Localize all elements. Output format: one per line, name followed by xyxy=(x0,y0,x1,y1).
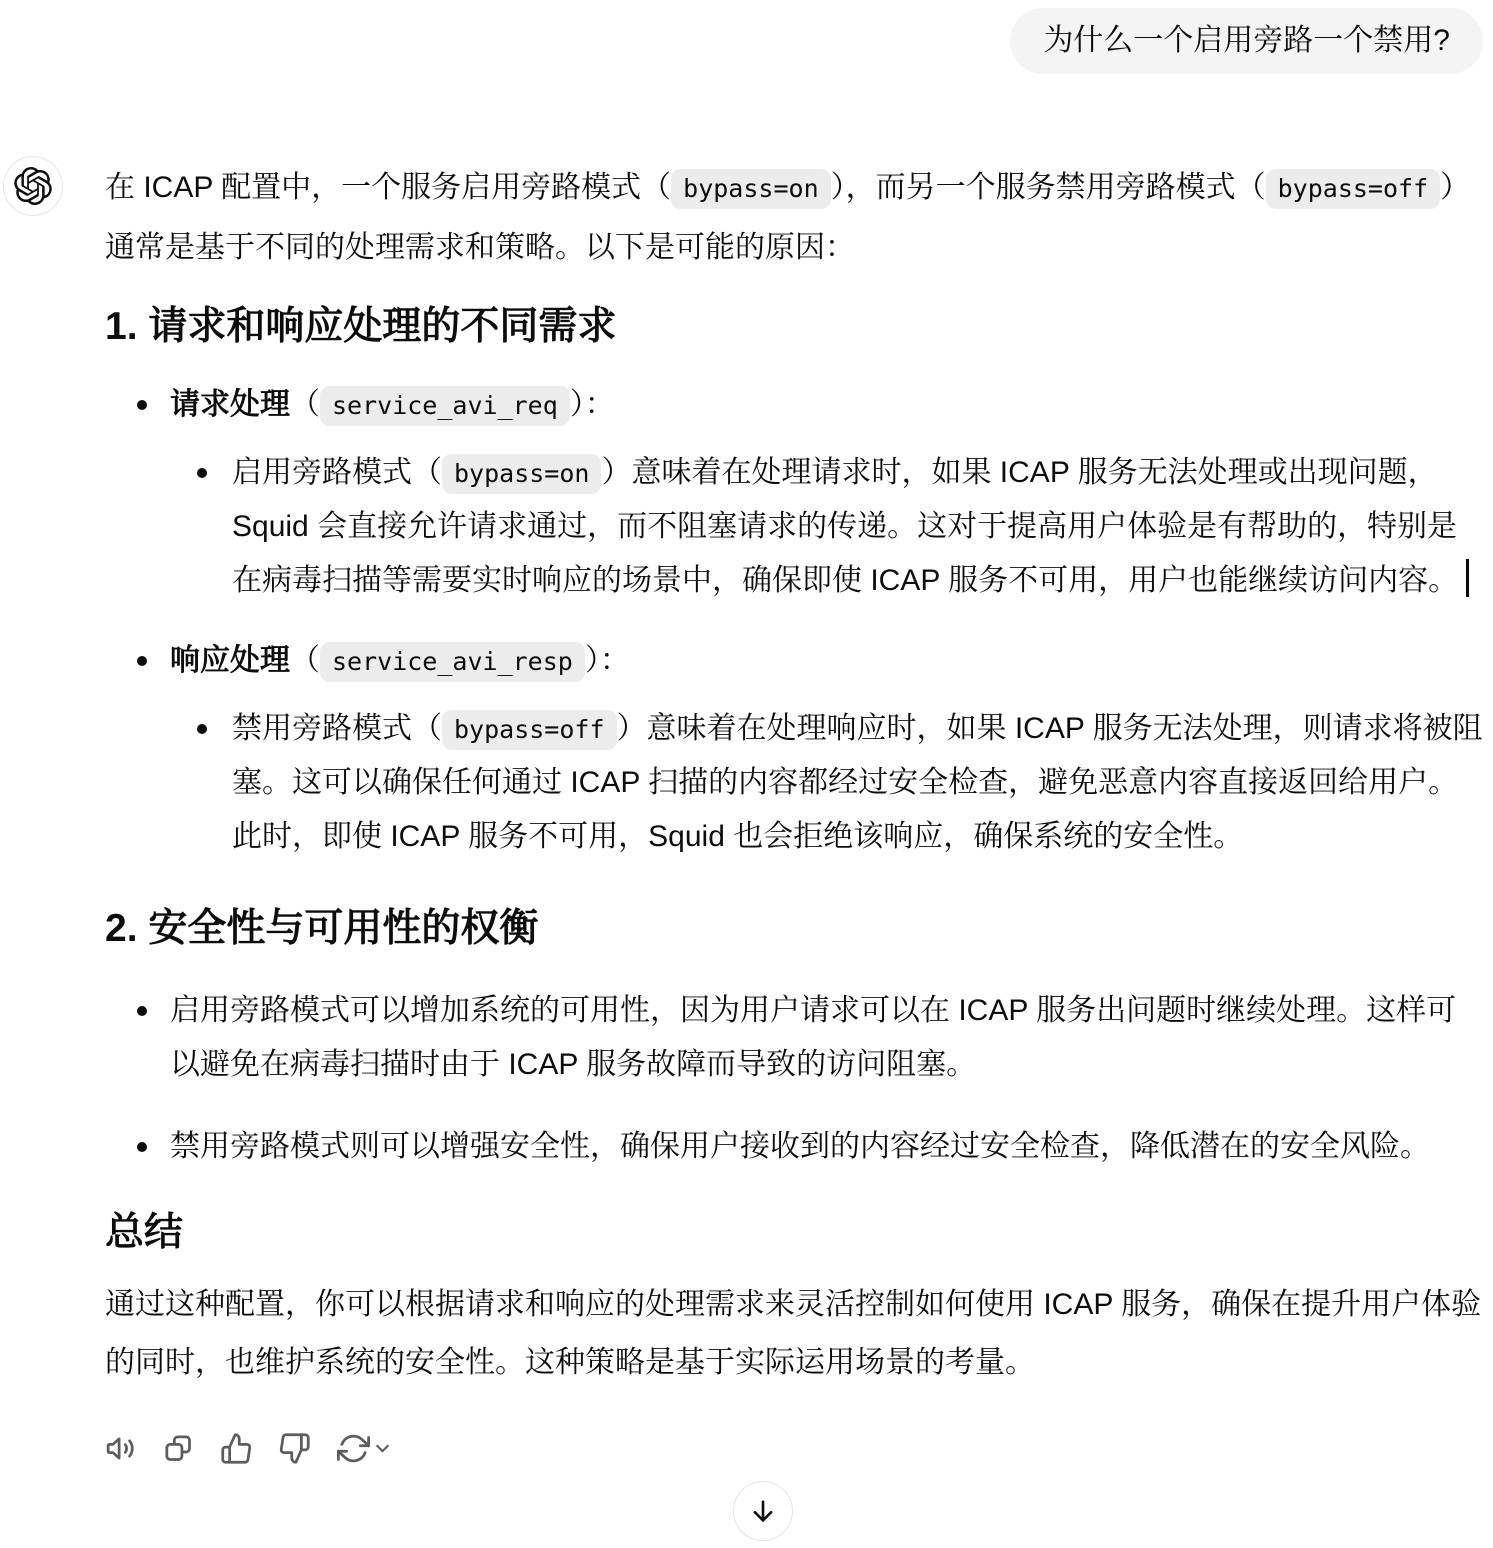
section-heading-2: 2. 安全性与可用性的权衡 xyxy=(105,906,1483,952)
streaming-caret xyxy=(1466,559,1469,597)
assistant-message-row: 在 ICAP 配置中，一个服务启用旁路模式（bypass=on），而另一个服务禁… xyxy=(0,156,1493,1470)
chat-container: 为什么一个启用旁路一个禁用? 在 ICAP 配置中，一个服务启用旁路模式（byp… xyxy=(0,0,1493,1470)
list-item-response: 响应处理（service_avi_resp）： 禁用旁路模式（bypass=of… xyxy=(170,634,1483,864)
assistant-avatar xyxy=(3,156,63,216)
inline-code: bypass=off xyxy=(442,710,617,750)
user-message-bubble: 为什么一个启用旁路一个禁用? xyxy=(1010,8,1483,74)
arrow-down-icon xyxy=(748,1496,778,1526)
request-sublist: 启用旁路模式（bypass=on）意味着在处理请求时，如果 ICAP 服务无法处… xyxy=(170,446,1483,608)
scroll-to-bottom-button[interactable] xyxy=(733,1481,793,1541)
list-item-request-detail: 启用旁路模式（bypass=on）意味着在处理请求时，如果 ICAP 服务无法处… xyxy=(232,446,1483,608)
response-sublist: 禁用旁路模式（bypass=off）意味着在处理响应时，如果 ICAP 服务无法… xyxy=(170,702,1483,864)
good-response-button[interactable] xyxy=(214,1426,258,1470)
tradeoff-list: 启用旁路模式可以增加系统的可用性，因为用户请求可以在 ICAP 服务出问题时继续… xyxy=(105,984,1483,1174)
bold-text: 请求处理 xyxy=(170,388,290,421)
copy-button[interactable] xyxy=(156,1426,200,1470)
section-heading-1: 1. 请求和响应处理的不同需求 xyxy=(105,304,1483,350)
read-aloud-button[interactable] xyxy=(98,1426,142,1470)
regenerate-icon xyxy=(337,1432,370,1465)
inline-code: bypass=off xyxy=(1266,169,1441,209)
summary-paragraph: 通过这种配置，你可以根据请求和响应的处理需求来灵活控制如何使用 ICAP 服务，… xyxy=(105,1276,1483,1392)
assistant-message-content: 在 ICAP 配置中，一个服务启用旁路模式（bypass=on），而另一个服务禁… xyxy=(105,156,1483,1470)
inline-code: service_avi_req xyxy=(320,386,570,426)
chevron-down-icon xyxy=(372,1438,393,1459)
regenerate-button[interactable] xyxy=(330,1426,400,1470)
list-item-security: 禁用旁路模式则可以增强安全性，确保用户接收到的内容经过安全检查，降低潜在的安全风… xyxy=(170,1120,1483,1174)
bold-text: 响应处理 xyxy=(170,644,290,677)
copy-icon xyxy=(162,1432,195,1465)
intro-paragraph: 在 ICAP 配置中，一个服务启用旁路模式（bypass=on），而另一个服务禁… xyxy=(105,156,1483,278)
inline-code: service_avi_resp xyxy=(320,642,585,682)
list-item-request: 请求处理（service_avi_req）： 启用旁路模式（bypass=on）… xyxy=(170,378,1483,608)
speaker-icon xyxy=(104,1432,137,1465)
openai-logo-icon xyxy=(14,167,52,205)
request-label: 请求处理（service_avi_req）： xyxy=(170,378,1483,432)
inline-code: bypass=on xyxy=(442,454,601,494)
user-message-row: 为什么一个启用旁路一个禁用? xyxy=(0,0,1493,74)
list-item-response-detail: 禁用旁路模式（bypass=off）意味着在处理响应时，如果 ICAP 服务无法… xyxy=(232,702,1483,864)
response-label: 响应处理（service_avi_resp）： xyxy=(170,634,1483,688)
thumbs-down-icon xyxy=(278,1432,311,1465)
summary-heading: 总结 xyxy=(105,1210,1483,1256)
bad-response-button[interactable] xyxy=(272,1426,316,1470)
inline-code: bypass=on xyxy=(671,169,830,209)
message-toolbar xyxy=(98,1426,1483,1470)
needs-list: 请求处理（service_avi_req）： 启用旁路模式（bypass=on）… xyxy=(105,378,1483,864)
thumbs-up-icon xyxy=(220,1432,253,1465)
list-item-availability: 启用旁路模式可以增加系统的可用性，因为用户请求可以在 ICAP 服务出问题时继续… xyxy=(170,984,1483,1092)
